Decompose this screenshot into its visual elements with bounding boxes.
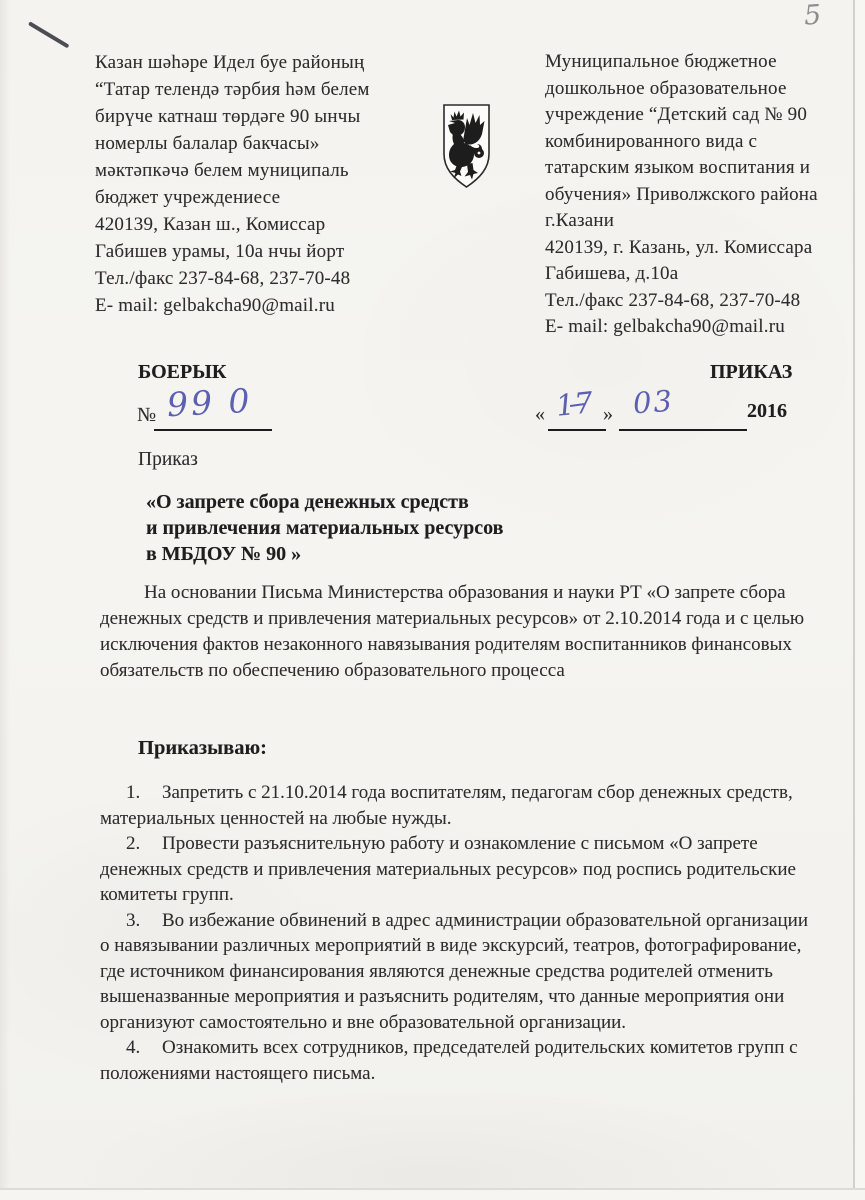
- scan-bottom-edge-line: [0, 1188, 865, 1190]
- order-item-number: 1.: [126, 780, 162, 806]
- order-item: 1.Запретить с 21.10.2014 года воспитател…: [100, 780, 808, 831]
- order-number-value-handwritten: 99 0: [166, 381, 253, 424]
- scan-left-edge-shadow: [0, 0, 10, 1200]
- directive-label: Приказываю:: [138, 737, 267, 760]
- order-item: 3.Во избежание обвинений в адрес админис…: [100, 908, 808, 1036]
- page-number-handwritten: 5: [803, 0, 822, 32]
- order-item-number: 2.: [126, 831, 162, 857]
- order-item: 4.Ознакомить всех сотрудников, председат…: [100, 1035, 808, 1086]
- order-item-number: 4.: [126, 1035, 162, 1061]
- order-subject-title: «О запрете сбора денежных средств и прив…: [146, 489, 566, 567]
- order-items-list: 1.Запретить с 21.10.2014 года воспитател…: [100, 780, 808, 1086]
- order-item-number: 3.: [126, 908, 162, 934]
- order-item-text: Провести разъяснительную работу и ознако…: [100, 833, 796, 905]
- order-number-label: №: [137, 402, 156, 428]
- date-month-value-handwritten: 03: [632, 384, 675, 421]
- org-name-tatar-block: Казан шәһәре Идел буе районың “Татар тел…: [95, 49, 447, 319]
- org-name-russian-block: Муниципальное бюджетное дошкольное образ…: [545, 49, 865, 341]
- order-item-text: Во избежание обвинений в адрес администр…: [100, 910, 808, 1033]
- date-day-line: [548, 429, 606, 431]
- order-item-text: Ознакомить всех сотрудников, председател…: [100, 1037, 798, 1084]
- order-preamble: На основании Письма Министерства образов…: [100, 580, 806, 684]
- order-item-text: Запретить с 21.10.2014 года воспитателям…: [100, 782, 793, 829]
- order-word-tatar: БОЕРЫК: [138, 361, 226, 384]
- pen-stroke-mark: [28, 21, 69, 48]
- scan-bottom-edge-strip: [0, 1190, 865, 1200]
- scanned-order-document: 5 Казан шәһәре Идел буе районың “Татар т…: [0, 0, 865, 1200]
- order-kind-label: Приказ: [138, 447, 198, 473]
- date-year: 2016: [747, 400, 787, 423]
- date-close-quote: »: [603, 401, 613, 427]
- order-word-russian: ПРИКАЗ: [710, 361, 792, 384]
- date-open-quote: «: [535, 401, 545, 427]
- order-item: 2.Провести разъяснительную работу и озна…: [100, 831, 808, 908]
- order-number-line: [154, 429, 272, 431]
- date-month-line: [619, 429, 747, 431]
- kazan-coat-of-arms-icon: [436, 99, 497, 194]
